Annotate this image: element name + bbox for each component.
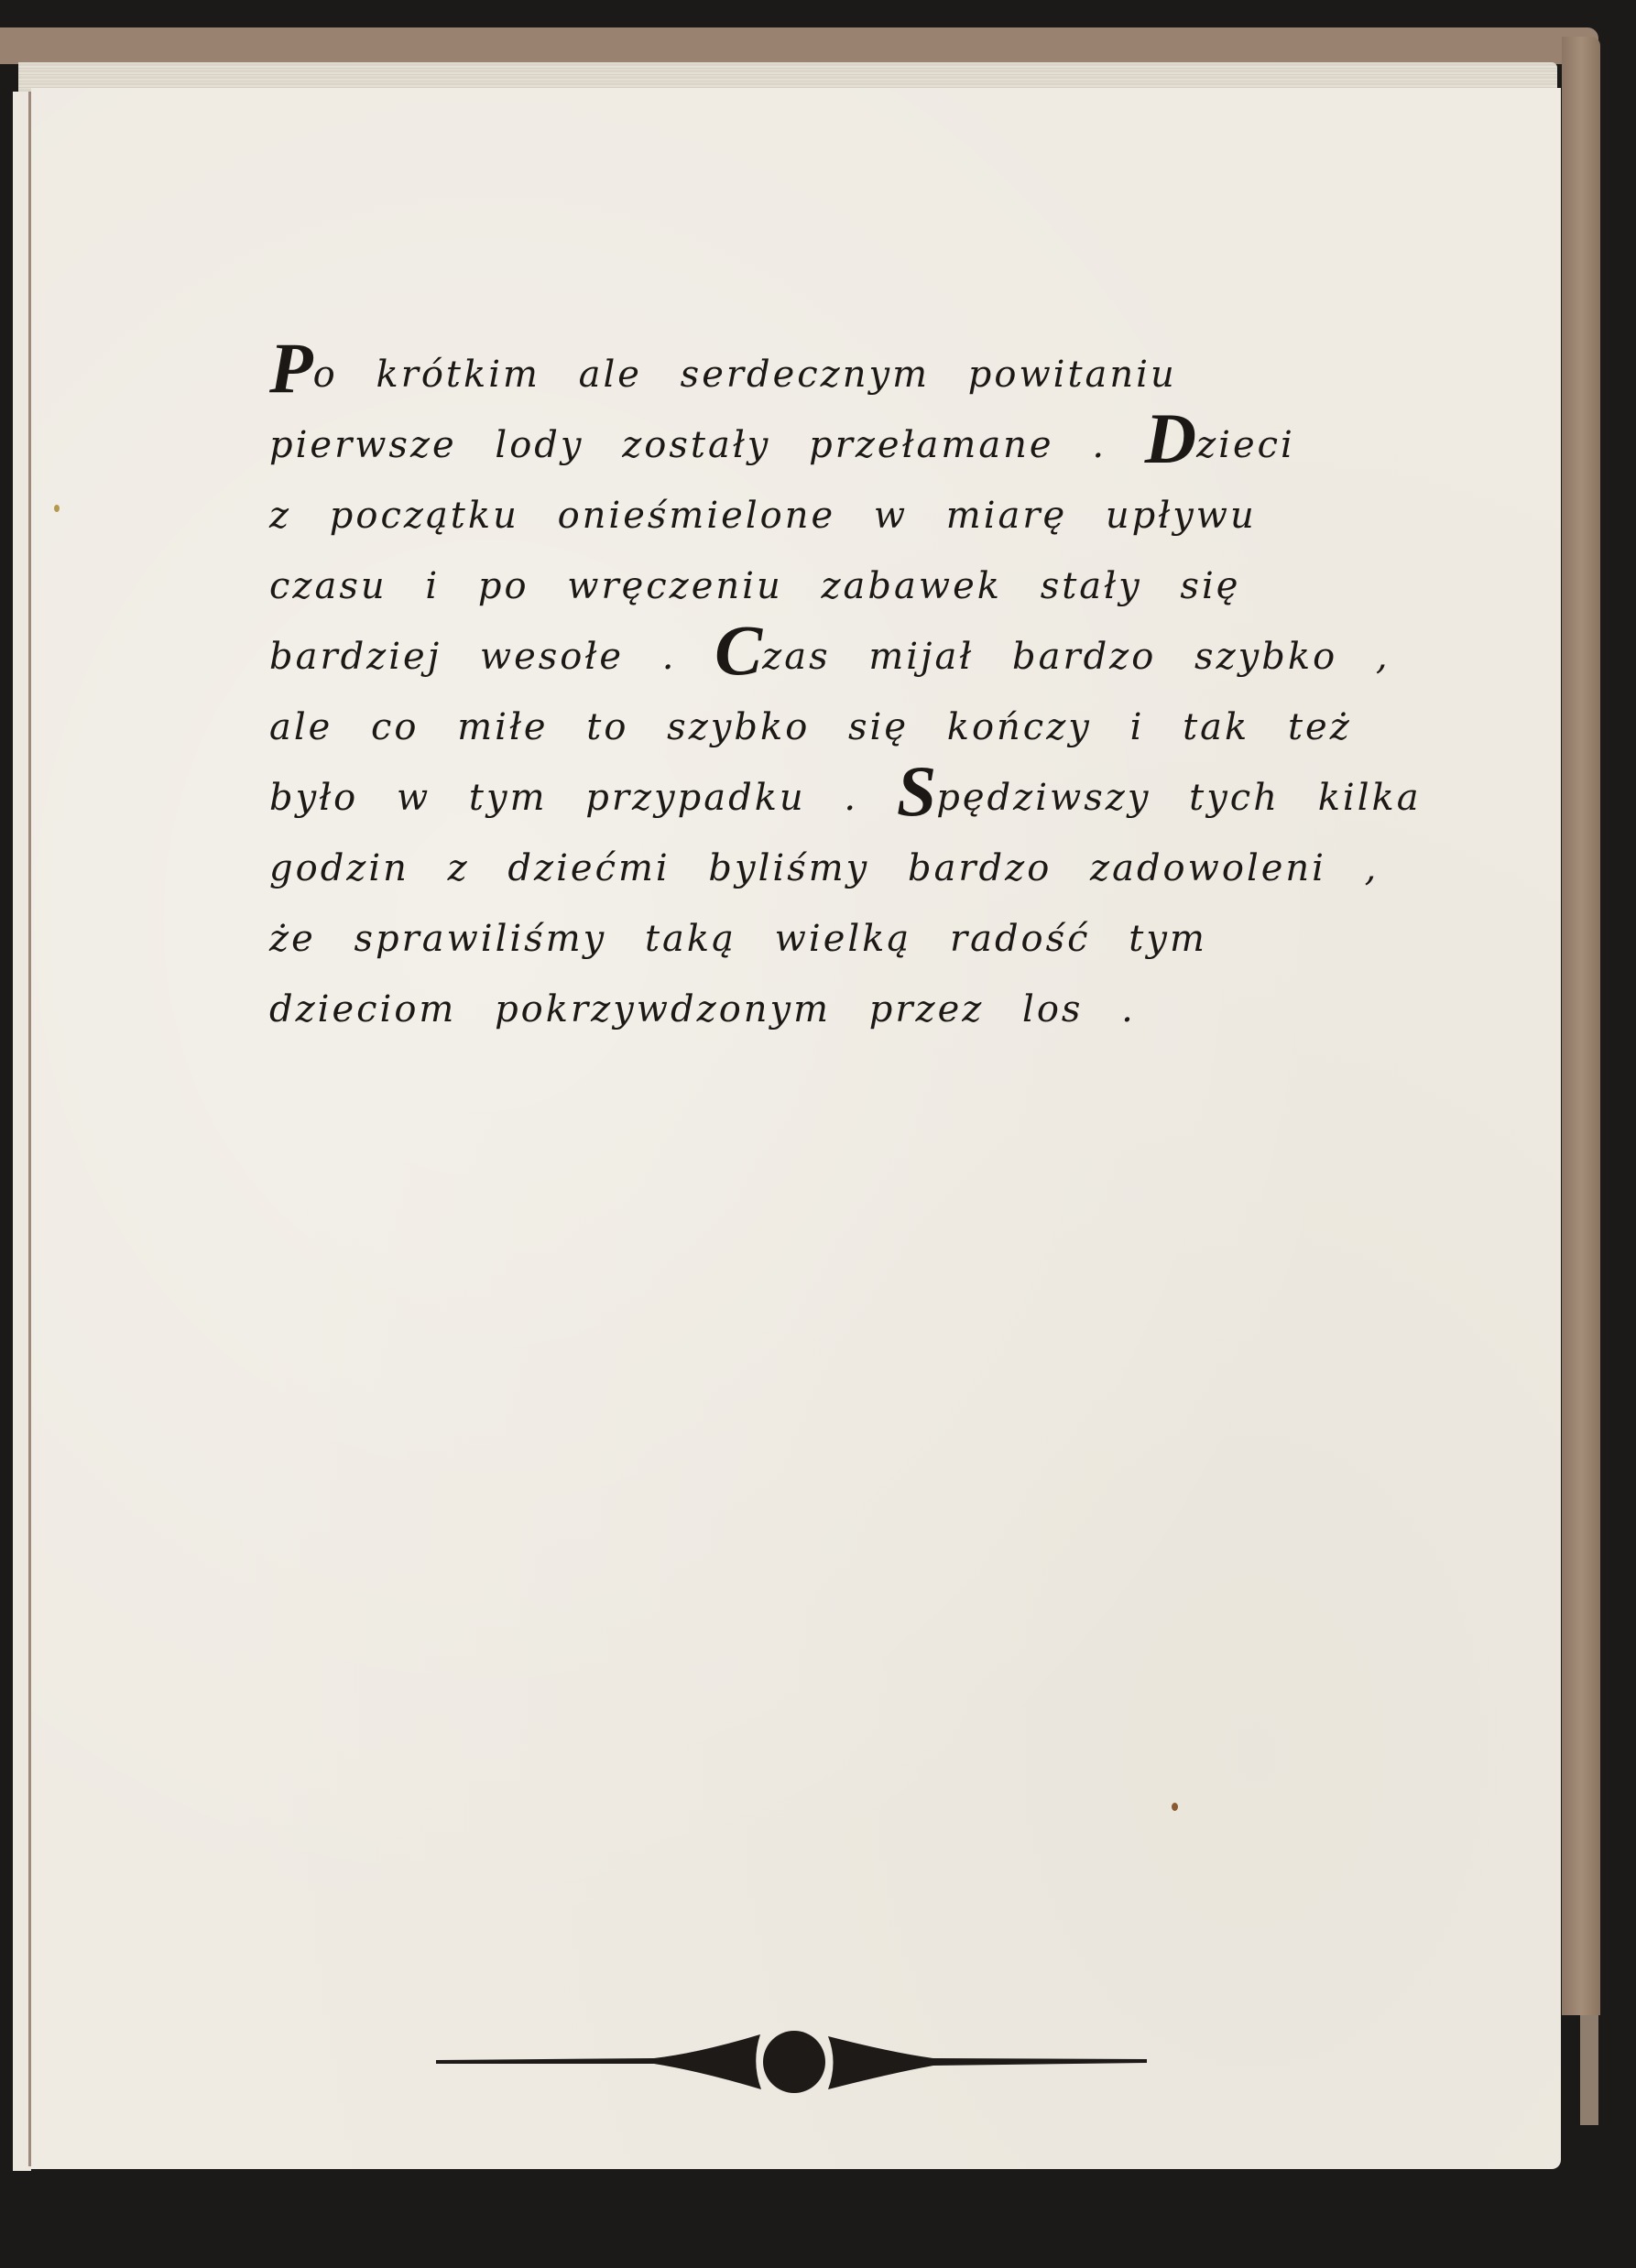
text-line-9: że sprawiliśmy taką wielką radość tym [269, 904, 1414, 975]
drop-cap-p: P [269, 328, 313, 408]
text-line-4: czasu i po wręczeniu zabawek stały się [269, 551, 1414, 622]
paper-stain [1172, 1803, 1178, 1811]
book-cover-right-edge [1562, 37, 1600, 2015]
text-line-2: pierwsze lody zostały przełamane . Dziec… [269, 410, 1414, 481]
text-line-3: z początku onieśmielone w miarę upływu [269, 481, 1414, 551]
text-line-10: dzieciom pokrzywdzonym przez los . [269, 975, 1414, 1045]
text-line-8: godzin z dziećmi byliśmy bardzo zadowole… [269, 834, 1414, 904]
book-cover-lower-edge [1580, 2015, 1598, 2125]
drop-cap-s: S [897, 751, 936, 831]
drop-cap-d: D [1145, 398, 1196, 478]
paper-stain [54, 505, 60, 512]
drop-cap-c: C [714, 610, 762, 690]
book-page: Po krótkim ale serdecznym powitaniu pier… [31, 88, 1561, 2169]
text-line-6: ale co miłe to szybko się kończy i tak t… [269, 692, 1414, 763]
text-line-1: Po krótkim ale serdecznym powitaniu [269, 340, 1414, 410]
ornament-divider-icon [434, 2025, 1149, 2099]
text-line-7: było w tym przypadku . Spędziwszy tych k… [269, 763, 1414, 834]
handwritten-paragraph: Po krótkim ale serdecznym powitaniu pier… [269, 340, 1414, 1045]
text-line-5: bardziej wesołe . Czas mijał bardzo szyb… [269, 622, 1414, 692]
book-cover-top-edge [0, 27, 1598, 64]
